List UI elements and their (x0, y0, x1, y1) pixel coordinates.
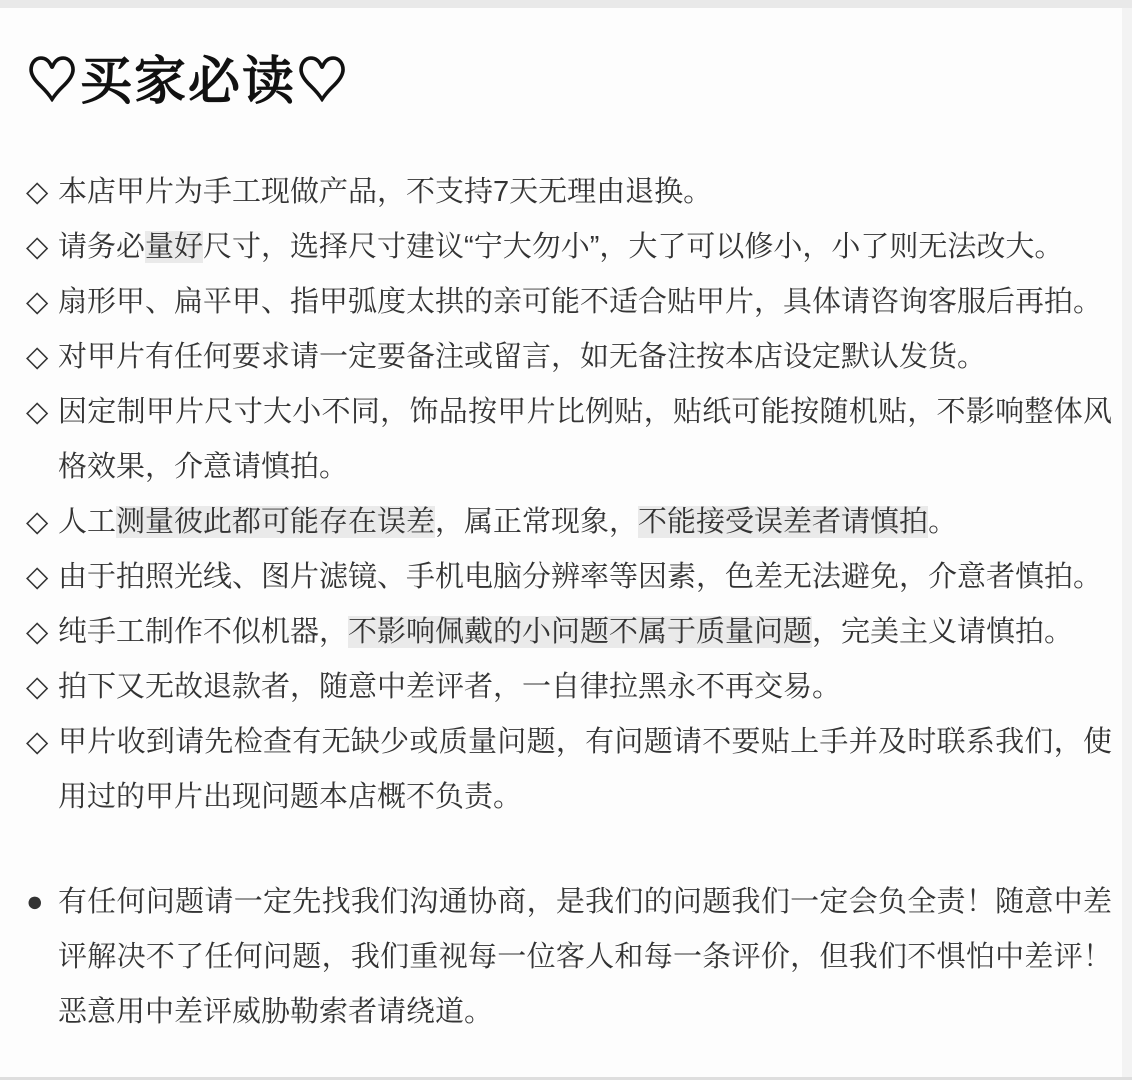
text-segment: 本店甲片为手工现做产品，不支持7天无理由退换。 (58, 176, 712, 208)
text-segment: ，完美主义请慎拍。 (812, 616, 1073, 648)
highlighted-phrase: 不影响佩戴的小问题不属于质量问题 (348, 616, 812, 648)
notice-text: 拍下又无故退款者，随意中差评者，一自律拉黑永不再交易。 (58, 660, 1112, 715)
highlighted-phrase: 量好 (145, 231, 203, 263)
notice-item: ◇由于拍照光线、图片滤镜、手机电脑分辨率等因素，色差无法避免，介意者慎拍。 (26, 550, 1112, 605)
notice-item: ●有任何问题请一定先找我们沟通协商，是我们的问题我们一定会负全责！随意中差评解决… (26, 875, 1112, 1040)
notice-item: ◇对甲片有任何要求请一定要备注或留言，如无备注按本店设定默认发货。 (26, 330, 1112, 385)
notice-item: ◇甲片收到请先检查有无缺少或质量问题，有问题请不要贴上手并及时联系我们，使用过的… (26, 715, 1112, 825)
diamond-bullet-icon: ◇ (26, 660, 58, 715)
diamond-bullet-icon: ◇ (26, 495, 58, 550)
buyer-notice-page: ♡买家必读♡ ◇本店甲片为手工现做产品，不支持7天无理由退换。◇请务必量好尺寸，… (0, 0, 1132, 1080)
diamond-bullet-icon: ◇ (26, 330, 58, 385)
notice-item: ◇本店甲片为手工现做产品，不支持7天无理由退换。 (26, 165, 1112, 220)
diamond-bullet-icon: ◇ (26, 385, 58, 440)
notice-text: 由于拍照光线、图片滤镜、手机电脑分辨率等因素，色差无法避免，介意者慎拍。 (58, 550, 1112, 605)
diamond-bullet-icon: ◇ (26, 715, 58, 770)
notice-item: ◇请务必量好尺寸，选择尺寸建议“宁大勿小”，大了可以修小，小了则无法改大。 (26, 220, 1112, 275)
diamond-bullet-icon: ◇ (26, 220, 58, 275)
notice-item: ◇扇形甲、扁平甲、指甲弧度太拱的亲可能不适合贴甲片，具体请咨询客服后再拍。 (26, 275, 1112, 330)
notice-text: 扇形甲、扁平甲、指甲弧度太拱的亲可能不适合贴甲片，具体请咨询客服后再拍。 (58, 275, 1112, 330)
notice-text: 对甲片有任何要求请一定要备注或留言，如无备注按本店设定默认发货。 (58, 330, 1112, 385)
diamond-bullet-icon: ◇ (26, 550, 58, 605)
notice-item: ◇纯手工制作不似机器，不影响佩戴的小问题不属于质量问题，完美主义请慎拍。 (26, 605, 1112, 660)
text-segment: 人工 (58, 506, 116, 538)
text-segment: 请务必 (58, 231, 145, 263)
text-segment: 。 (928, 506, 957, 538)
text-segment: 纯手工制作不似机器， (58, 616, 348, 648)
text-segment: 因定制甲片尺寸大小不同，饰品按甲片比例贴，贴纸可能按随机贴，不影响整体风格效果，… (58, 396, 1112, 483)
highlighted-phrase: 不能接受误差者请慎拍 (638, 506, 928, 538)
notice-text: 请务必量好尺寸，选择尺寸建议“宁大勿小”，大了可以修小，小了则无法改大。 (58, 220, 1112, 275)
notice-text: 本店甲片为手工现做产品，不支持7天无理由退换。 (58, 165, 1112, 220)
notice-text: 因定制甲片尺寸大小不同，饰品按甲片比例贴，贴纸可能按随机贴，不影响整体风格效果，… (58, 385, 1112, 495)
notice-text: 人工测量彼此都可能存在误差，属正常现象，不能接受误差者请慎拍。 (58, 495, 1112, 550)
diamond-bullet-icon: ◇ (26, 165, 58, 220)
text-segment: 有任何问题请一定先找我们沟通协商，是我们的问题我们一定会负全责！随意中差评解决不… (58, 886, 1112, 1028)
text-segment: 甲片收到请先检查有无缺少或质量问题，有问题请不要贴上手并及时联系我们，使用过的甲… (58, 726, 1112, 813)
notice-content: ♡买家必读♡ ◇本店甲片为手工现做产品，不支持7天无理由退换。◇请务必量好尺寸，… (0, 0, 1132, 1040)
notice-text: 有任何问题请一定先找我们沟通协商，是我们的问题我们一定会负全责！随意中差评解决不… (58, 875, 1112, 1040)
text-segment: 拍下又无故退款者，随意中差评者，一自律拉黑永不再交易。 (58, 671, 841, 703)
notice-text: 纯手工制作不似机器，不影响佩戴的小问题不属于质量问题，完美主义请慎拍。 (58, 605, 1112, 660)
text-segment: 扇形甲、扁平甲、指甲弧度太拱的亲可能不适合贴甲片，具体请咨询客服后再拍。 (58, 286, 1102, 318)
text-segment: 由于拍照光线、图片滤镜、手机电脑分辨率等因素，色差无法避免，介意者慎拍。 (58, 561, 1102, 593)
notice-item: ◇拍下又无故退款者，随意中差评者，一自律拉黑永不再交易。 (26, 660, 1112, 715)
diamond-bullet-icon: ◇ (26, 275, 58, 330)
circle-bullet-icon: ● (26, 875, 58, 930)
notice-item: ◇人工测量彼此都可能存在误差，属正常现象，不能接受误差者请慎拍。 (26, 495, 1112, 550)
notice-item: ◇因定制甲片尺寸大小不同，饰品按甲片比例贴，贴纸可能按随机贴，不影响整体风格效果… (26, 385, 1112, 495)
page-title: ♡买家必读♡ (26, 52, 1112, 112)
text-segment: 尺寸，选择尺寸建议“宁大勿小”，大了可以修小，小了则无法改大。 (203, 231, 1063, 263)
notice-text: 甲片收到请先检查有无缺少或质量问题，有问题请不要贴上手并及时联系我们，使用过的甲… (58, 715, 1112, 825)
text-segment: 对甲片有任何要求请一定要备注或留言，如无备注按本店设定默认发货。 (58, 341, 986, 373)
highlighted-phrase: 测量彼此都可能存在误差 (116, 506, 435, 538)
diamond-bullet-icon: ◇ (26, 605, 58, 660)
text-segment: ，属正常现象， (435, 506, 638, 538)
notes-list: ◇本店甲片为手工现做产品，不支持7天无理由退换。◇请务必量好尺寸，选择尺寸建议“… (26, 165, 1112, 1040)
